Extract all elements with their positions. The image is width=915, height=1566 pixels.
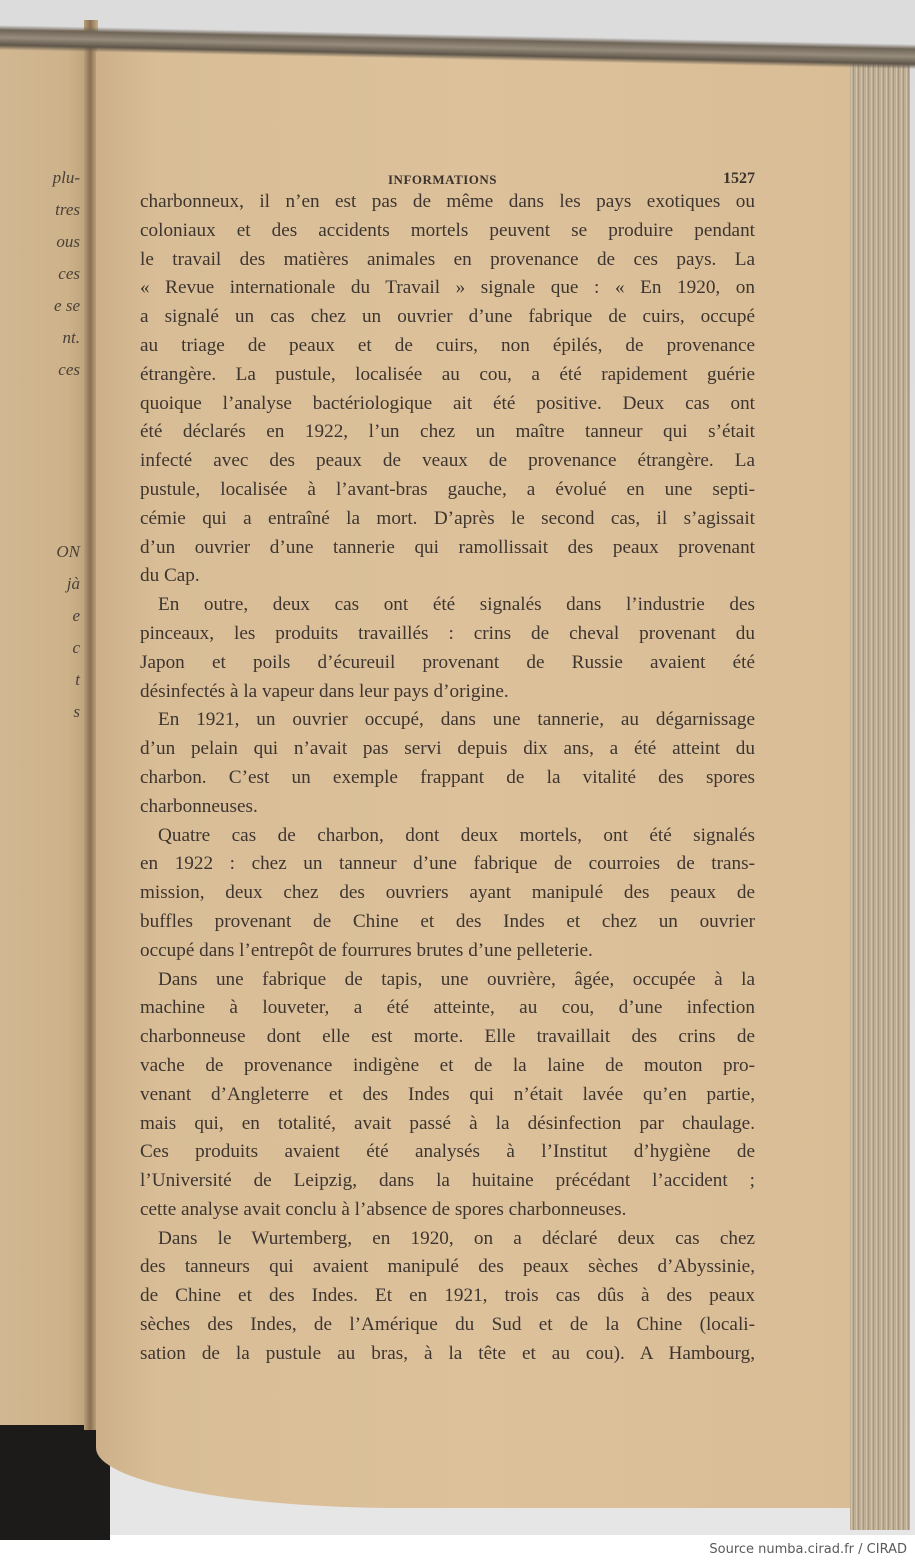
text-line: pustule, localisée à l’avant-bras gauche… [140,476,755,505]
text-line: quoique l’analyse bactériologique ait ét… [140,390,755,419]
page-fore-edge [850,60,910,1530]
text-line: le travail des matières animales en prov… [140,246,755,275]
text-line: de Chine et des Indes. Et en 1921, trois… [140,1282,755,1311]
left-page-fragment: ON [0,542,80,574]
page-number: 1527 [723,170,755,188]
text-line: du Cap. [140,562,755,591]
text-line: mission, deux chez des ouvriers ayant ma… [140,879,755,908]
body-text: charbonneux, il n’en est pas de même dan… [140,188,755,1369]
text-line: mais qui, en totalité, avait passé à la … [140,1110,755,1139]
text-line: cémie qui a entraîné la mort. D’après le… [140,505,755,534]
left-page-fragment: plu- [0,168,80,200]
left-page-fragment: jà [0,574,80,606]
running-head: INFORMATIONS [388,172,497,188]
text-line: En outre, deux cas ont été signalés dans… [140,591,755,620]
text-line: coloniaux et des accidents mortels peuve… [140,217,755,246]
left-page-fragment: s [0,702,80,734]
left-page-fragment: e se [0,296,80,328]
text-line: Ces produits avaient été analysés à l’In… [140,1138,755,1167]
text-line: Japon et poils d’écureuil provenant de R… [140,649,755,678]
left-page-fragment: ous [0,232,80,264]
text-line: charbon. C’est un exemple frappant de la… [140,764,755,793]
text-line: occupé dans l’entrepôt de fourrures brut… [140,937,755,966]
left-page-fragment: nt. [0,328,80,360]
text-line: étrangère. La pustule, localisée au cou,… [140,361,755,390]
text-line: venant d’Angleterre et des Indes qui n’é… [140,1081,755,1110]
text-line: machine à louveter, a été atteinte, au c… [140,994,755,1023]
text-line: d’un pelain qui n’avait pas servi depuis… [140,735,755,764]
text-line: buffles provenant de Chine et des Indes … [140,908,755,937]
text-line: a signalé un cas chez un ouvrier d’une f… [140,303,755,332]
text-line: des tanneurs qui avaient manipulé des pe… [140,1253,755,1282]
text-line: « Revue internationale du Travail » sign… [140,274,755,303]
text-line: désinfectés à la vapeur dans leur pays d… [140,678,755,707]
text-line: au triage de peaux et de cuirs, non épil… [140,332,755,361]
text-line: charbonneuses. [140,793,755,822]
left-page-fragment: ces [0,360,80,392]
text-line: cette analyse avait conclu à l’absence d… [140,1196,755,1225]
text-line: infecté avec des peaux de veaux de prove… [140,447,755,476]
left-page-fragment: ces [0,264,80,296]
text-line: pinceaux, les produits travaillés : crin… [140,620,755,649]
left-page-fragment: e [0,606,80,638]
text-line: été déclarés en 1922, l’un chez un maîtr… [140,418,755,447]
text-line: sation de la pustule au bras, à la tête … [140,1340,755,1369]
left-page-text-fragments: plu-tresouscese sent.cesONjàects [0,168,80,734]
text-line: en 1922 : chez un tanneur d’une fabrique… [140,850,755,879]
text-line: sèches des Indes, de l’Amérique du Sud e… [140,1311,755,1340]
left-page-fragment: t [0,670,80,702]
source-credit: Source numba.cirad.fr / CIRAD [709,1542,907,1557]
left-page-fragment: tres [0,200,80,232]
left-page-fragment [0,392,80,542]
text-line: d’un ouvrier d’une tannerie qui ramollis… [140,534,755,563]
text-line: l’Université de Leipzig, dans la huitain… [140,1167,755,1196]
text-line: charbonneuse dont elle est morte. Elle t… [140,1023,755,1052]
text-line: Dans le Wurtemberg, en 1920, on a déclar… [140,1225,755,1254]
left-page-fragment: c [0,638,80,670]
text-line: Quatre cas de charbon, dont deux mortels… [140,822,755,851]
text-line: vache de provenance indigène et de la la… [140,1052,755,1081]
text-line: charbonneux, il n’en est pas de même dan… [140,188,755,217]
text-line: Dans une fabrique de tapis, une ouvrière… [140,966,755,995]
text-line: En 1921, un ouvrier occupé, dans une tan… [140,706,755,735]
book-cover [0,1420,110,1540]
